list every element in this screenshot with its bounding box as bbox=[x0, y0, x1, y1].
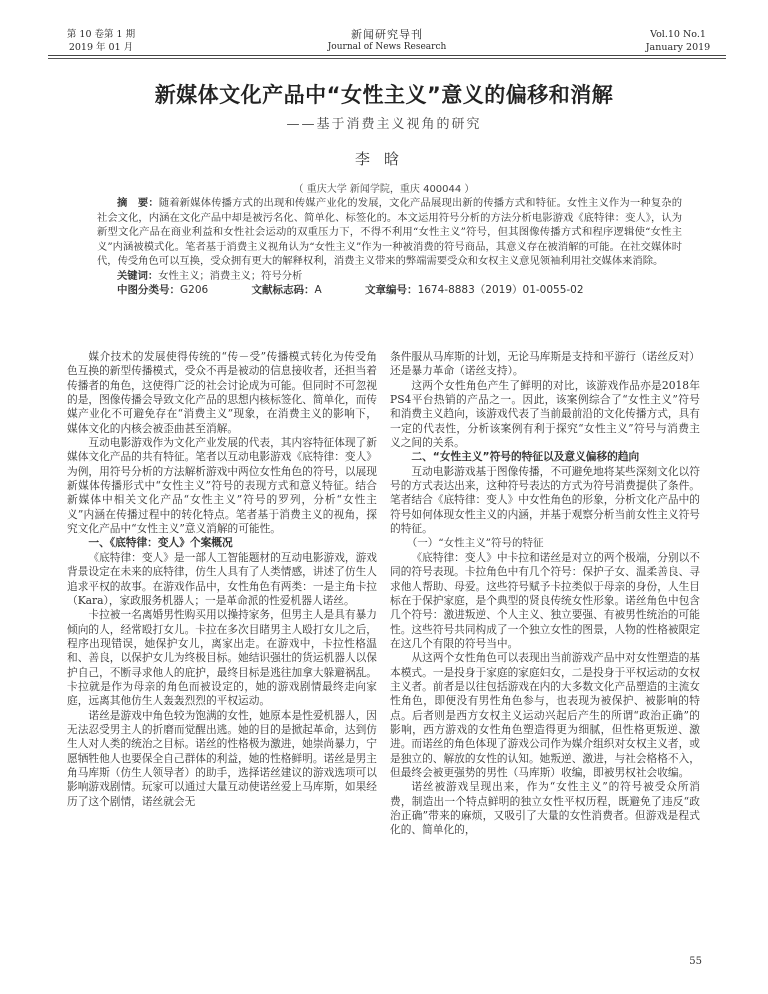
abstract-text: 随着新媒体传播方式的出现和传媒产业化的发展，文化产品展现出新的传播方式和特征。女… bbox=[97, 197, 682, 267]
volume-en: Vol.10 No.1 bbox=[638, 28, 718, 41]
author-name: 李晗 bbox=[0, 148, 768, 169]
body-paragraph: 从这两个女性角色可以表现出当前游戏产品中对女性塑造的基本模式。一是投身于家庭的家… bbox=[390, 651, 700, 780]
keywords-text: 女性主义；消费主义；符号分析 bbox=[158, 270, 302, 282]
body-paragraph: 媒介技术的发展使得传统的“传－受”传播模式转化为传受角色互换的新型传播模式，受众… bbox=[67, 350, 377, 436]
body-paragraph: 《底特律：变人》是一部人工智能题材的互动电影游戏，游戏背景设定在未来的底特律，仿… bbox=[67, 551, 377, 608]
running-header: 第 10 卷第 1 期 2019 年 01 月 新闻研究导刊 Journal o… bbox=[48, 28, 726, 54]
body-paragraph: 互动电影游戏基于图像传播，不可避免地将某些深刻文化以符号的方式表达出来，这种符号… bbox=[390, 465, 700, 537]
body-paragraph: 条件服从马库斯的计划，无论马库斯是支持和平游行（诺丝反对）还是暴力革命（诺丝支持… bbox=[390, 350, 700, 379]
keywords-line: 关键词：女性主义；消费主义；符号分析 bbox=[117, 269, 682, 284]
abstract-block: 摘 要：随着新媒体传播方式的出现和传媒产业化的发展，文化产品展现出新的传播方式和… bbox=[97, 196, 682, 298]
article-no-item: 文章编号：1674-8883（2019）01-0055-02 bbox=[365, 283, 583, 298]
abstract-paragraph: 摘 要：随着新媒体传播方式的出现和传媒产业化的发展，文化产品展现出新的传播方式和… bbox=[97, 196, 682, 269]
body-paragraph: 互动电影游戏作为文化产业发展的代表，其内容特征体现了新媒体文化产品的共有特征。笔… bbox=[67, 436, 377, 536]
date-en: January 2019 bbox=[638, 41, 718, 54]
article-no-value: 1674-8883（2019）01-0055-02 bbox=[418, 284, 584, 296]
clc-value: G206 bbox=[180, 284, 208, 296]
clc-label: 中图分类号： bbox=[117, 284, 180, 296]
author-affiliation: （ 重庆大学 新闻学院，重庆 400044 ） bbox=[0, 180, 768, 195]
journal-name-en: Journal of News Research bbox=[48, 41, 726, 54]
classification-line: 中图分类号：G206 文献标志码：A 文章编号：1674-8883（2019）0… bbox=[117, 283, 682, 298]
body-column-right: 条件服从马库斯的计划，无论马库斯是支持和平游行（诺丝反对）还是暴力革命（诺丝支持… bbox=[390, 350, 700, 838]
subsection-heading: （一）“女性主义”符号的特征 bbox=[390, 536, 700, 550]
journal-name-cn: 新闻研究导刊 bbox=[48, 28, 726, 41]
doc-code-value: A bbox=[315, 284, 322, 296]
body-column-left: 媒介技术的发展使得传统的“传－受”传播模式转化为传受角色互换的新型传播模式，受众… bbox=[67, 350, 377, 809]
clc-item: 中图分类号：G206 bbox=[117, 283, 208, 298]
article-no-label: 文章编号： bbox=[365, 284, 418, 296]
header-center: 新闻研究导刊 Journal of News Research bbox=[48, 28, 726, 54]
header-rule-thin bbox=[48, 58, 726, 59]
body-paragraph: 卡拉被一名离婚男性购买用以操持家务，但男主人是具有暴力倾向的人，经常殴打女儿。卡… bbox=[67, 608, 377, 708]
keywords-label: 关键词： bbox=[117, 270, 158, 282]
article-subtitle: ——基于消费主义视角的研究 bbox=[0, 113, 768, 132]
section-heading-1: 一、《底特律：变人》个案概况 bbox=[67, 536, 377, 550]
header-right: Vol.10 No.1 January 2019 bbox=[638, 28, 718, 54]
page-number: 55 bbox=[689, 956, 702, 967]
abstract-label: 摘 要： bbox=[117, 197, 159, 209]
body-paragraph: 《底特律：变人》中卡拉和诺丝是对立的两个极端，分别以不同的符号表现。卡拉角色中有… bbox=[390, 551, 700, 651]
doc-code-label: 文献标志码： bbox=[252, 284, 315, 296]
header-rule-thick bbox=[48, 55, 726, 56]
doc-code-item: 文献标志码：A bbox=[252, 283, 322, 298]
article-title: 新媒体文化产品中“女性主义”意义的偏移和消解 bbox=[0, 79, 768, 109]
body-paragraph: 诺丝被游戏呈现出来，作为“女性主义”的符号被受众所消费，制造出一个特点鲜明的独立… bbox=[390, 780, 700, 837]
body-paragraph: 诺丝是游戏中角色较为饱满的女性，她原本是性爱机器人，因无法忍受男主人的折磨而觉醒… bbox=[67, 709, 377, 809]
body-paragraph: 这两个女性角色产生了鲜明的对比，该游戏作品亦是2018年 PS4平台热销的产品之… bbox=[390, 379, 700, 451]
section-heading-2: 二、“女性主义”符号的特征以及意义偏移的趋向 bbox=[390, 450, 700, 464]
